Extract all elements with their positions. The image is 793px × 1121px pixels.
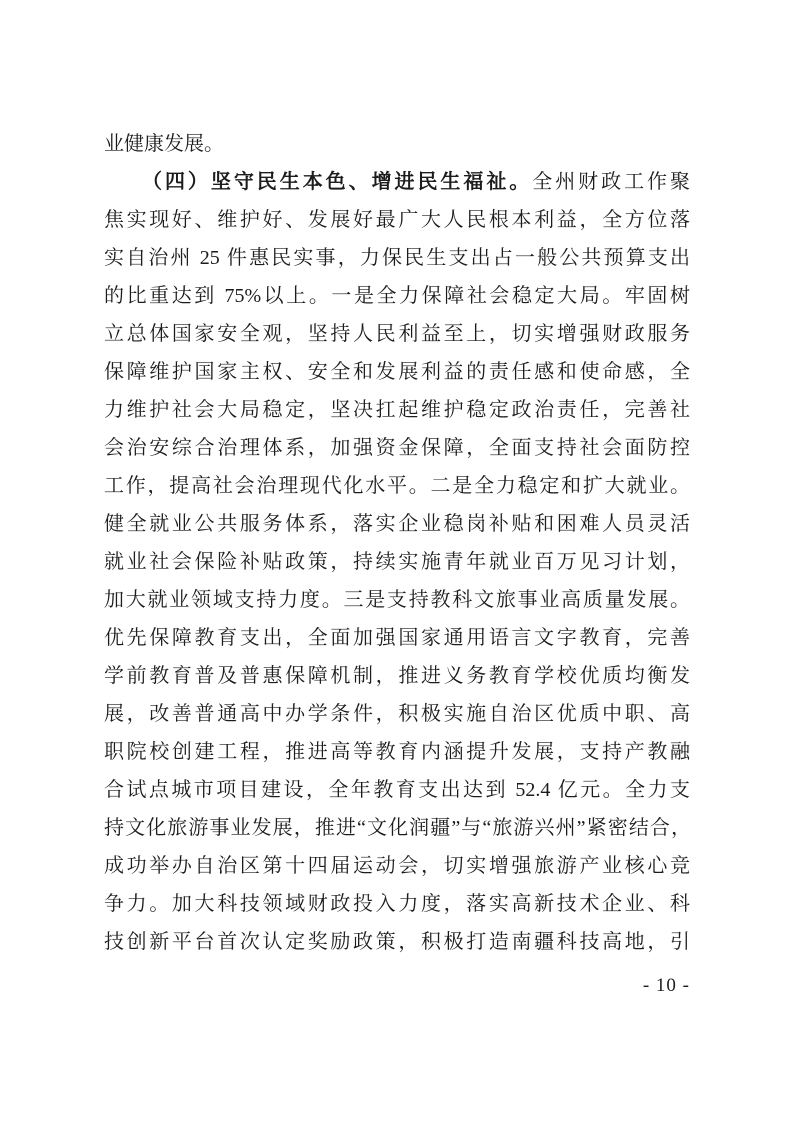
page-number: - 10 - [643, 974, 690, 998]
text-line: 成功举办自治区第十四届运动会，切实增强旅游产业核心竞 [104, 847, 690, 885]
text-segment: 职院校创建工程，推进高等教育内涵提升发展，支持产教融 [104, 741, 690, 763]
text-segment: 优先保障教育支出，全面加强国家通用语言文字教育，完善 [104, 627, 690, 649]
text-line: 优先保障教育支出，全面加强国家通用语言文字教育，完善 [104, 619, 690, 657]
text-line: （四）坚守民生本色、增进民生福祉。全州财政工作聚 [104, 163, 690, 201]
text-line: 保障维护国家主权、安全和发展利益的责任感和使命感，全 [104, 353, 690, 391]
text-line: 业健康发展。 [104, 125, 690, 163]
text-line: 的比重达到 75%以上。一是全力保障社会稳定大局。牢固树 [104, 277, 690, 315]
text-line: 职院校创建工程，推进高等教育内涵提升发展，支持产教融 [104, 733, 690, 771]
text-line: 就业社会保险补贴政策，持续实施青年就业百万见习计划， [104, 543, 690, 581]
text-segment: 业健康发展。 [104, 133, 224, 155]
text-segment: 成功举办自治区第十四届运动会，切实增强旅游产业核心竞 [104, 855, 690, 877]
text-segment: 技创新平台首次认定奖励政策，积极打造南疆科技高地，引 [104, 931, 690, 953]
text-segment: 持文化旅游事业发展，推进“文化润疆”与“旅游兴州”紧密结合， [104, 817, 690, 839]
text-segment: 力维护社会大局稳定，坚决扛起维护稳定政治责任，完善社 [104, 399, 690, 421]
section-heading: （四）坚守民生本色、增进民生福祉。 [142, 171, 532, 193]
text-line: 实自治州 25 件惠民实事，力保民生支出占一般公共预算支出 [104, 239, 690, 277]
text-line: 学前教育普及普惠保障机制，推进义务教育学校优质均衡发 [104, 657, 690, 695]
text-segment: 焦实现好、维护好、发展好最广大人民根本利益，全方位落 [104, 209, 690, 231]
text-segment: 健全就业公共服务体系，落实企业稳岗补贴和困难人员灵活 [104, 513, 690, 535]
text-segment: 立总体国家安全观，坚持人民利益至上，切实增强财政服务 [104, 323, 690, 345]
text-segment: 学前教育普及普惠保障机制，推进义务教育学校优质均衡发 [104, 665, 690, 687]
text-segment: 展，改善普通高中办学条件，积极实施自治区优质中职、高 [104, 703, 690, 725]
text-line: 立总体国家安全观，坚持人民利益至上，切实增强财政服务 [104, 315, 690, 353]
document-body: 业健康发展。（四）坚守民生本色、增进民生福祉。全州财政工作聚焦实现好、维护好、发… [104, 125, 690, 961]
text-segment: 争力。加大科技领域财政投入力度，落实高新技术企业、科 [104, 893, 690, 915]
text-segment: 的比重达到 75%以上。一是全力保障社会稳定大局。牢固树 [104, 285, 690, 307]
text-segment: 工作，提高社会治理现代化水平。二是全力稳定和扩大就业。 [104, 475, 690, 497]
text-line: 工作，提高社会治理现代化水平。二是全力稳定和扩大就业。 [104, 467, 690, 505]
text-segment: 实自治州 25 件惠民实事，力保民生支出占一般公共预算支出 [104, 247, 690, 269]
text-line: 合试点城市项目建设，全年教育支出达到 52.4 亿元。全力支 [104, 771, 690, 809]
text-line: 持文化旅游事业发展，推进“文化润疆”与“旅游兴州”紧密结合， [104, 809, 690, 847]
text-line: 会治安综合治理体系，加强资金保障，全面支持社会面防控 [104, 429, 690, 467]
text-segment: 合试点城市项目建设，全年教育支出达到 52.4 亿元。全力支 [104, 779, 690, 801]
text-segment: 加大就业领域支持力度。三是支持教科文旅事业高质量发展。 [104, 589, 690, 611]
text-line: 展，改善普通高中办学条件，积极实施自治区优质中职、高 [104, 695, 690, 733]
text-segment: 全州财政工作聚 [532, 171, 690, 193]
text-segment: 保障维护国家主权、安全和发展利益的责任感和使命感，全 [104, 361, 690, 383]
document-page: 业健康发展。（四）坚守民生本色、增进民生福祉。全州财政工作聚焦实现好、维护好、发… [0, 0, 793, 1121]
text-line: 加大就业领域支持力度。三是支持教科文旅事业高质量发展。 [104, 581, 690, 619]
text-line: 健全就业公共服务体系，落实企业稳岗补贴和困难人员灵活 [104, 505, 690, 543]
text-segment: 会治安综合治理体系，加强资金保障，全面支持社会面防控 [104, 437, 690, 459]
text-line: 力维护社会大局稳定，坚决扛起维护稳定政治责任，完善社 [104, 391, 690, 429]
text-line: 技创新平台首次认定奖励政策，积极打造南疆科技高地，引 [104, 923, 690, 961]
text-line: 争力。加大科技领域财政投入力度，落实高新技术企业、科 [104, 885, 690, 923]
text-segment: 就业社会保险补贴政策，持续实施青年就业百万见习计划， [104, 551, 690, 573]
text-line: 焦实现好、维护好、发展好最广大人民根本利益，全方位落 [104, 201, 690, 239]
